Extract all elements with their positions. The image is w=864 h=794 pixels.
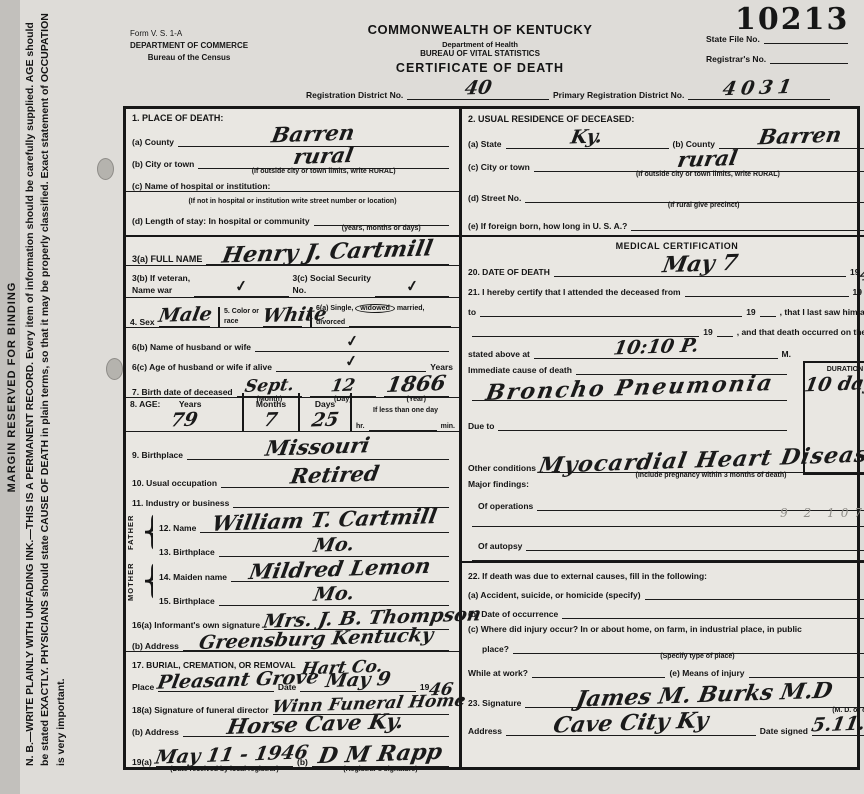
full-name-row: 3(a) FULL NAME Henry J. Cartmill: [126, 237, 459, 266]
mother-brace: {: [140, 557, 153, 606]
at-work-label: While at work?: [468, 668, 528, 678]
informant-address-row: (b) Address Greensburg Kentucky: [126, 630, 459, 652]
less-than-day-label: If less than one day: [356, 407, 455, 415]
accident-label: (a) Accident, suicide, or homicide (spec…: [468, 590, 641, 600]
county-value: Barren: [271, 124, 357, 145]
occurrence-date-row: (b) Date of occurrence: [462, 600, 864, 619]
marital-label: 6(a) Single, widowed married,: [316, 305, 455, 313]
margin-note-text: N. B.—WRITE PLAINLY WITH UNFADING INK.—T…: [23, 8, 69, 766]
registrar-no-line: [770, 63, 848, 64]
registrar-received-line: May 11 - 1946 (Date received by local re…: [156, 747, 293, 767]
duration-value: 10 days: [803, 375, 864, 394]
burial-place-value: Pleasant Grove: [156, 669, 320, 691]
form-right-column: 2. USUAL RESIDENCE OF DECEASED: (a) Stat…: [462, 109, 864, 767]
place-of-death-title: 1. PLACE OF DEATH:: [132, 113, 223, 124]
registrar-received-label: 19(a): [132, 757, 152, 767]
reg-district-line: 40: [407, 80, 549, 100]
registrar-signature-line: D M Rapp (Registrar's signature): [312, 745, 449, 767]
date-signed-label: Date signed: [760, 726, 808, 736]
street-no-label: (d) Street No.: [468, 193, 521, 203]
certify-line3-text: , and that death occurred on the date: [737, 327, 864, 337]
full-name-value: Henry J. Cartmill: [221, 239, 434, 265]
foreign-born-line: [631, 230, 864, 231]
veteran-label: 3(b) If veteran,Name war: [132, 272, 190, 298]
form-number: Form V. S. 1-A: [130, 28, 248, 40]
immediate-cause-label: Immediate cause of death: [468, 365, 572, 375]
injury-place-label: place?: [482, 644, 509, 654]
physician-signature-line: James M. Burks M.D (M. D. or other): [525, 686, 864, 708]
age-months-label: Months: [256, 399, 286, 409]
certify-line1-year: 19: [853, 287, 862, 297]
physician-address-value: Cave City Ky: [552, 711, 710, 735]
informant-label: 16(a) Informant's own signature: [132, 620, 260, 630]
burial-place-line: Pleasant Grove: [158, 672, 274, 692]
ssn-label: 3(c) Social SecurityNo.: [293, 272, 371, 298]
age-years-label: Years: [179, 399, 202, 409]
veteran-ssn-row: 3(b) If veteran,Name war ✓ 3(c) Social S…: [126, 266, 459, 298]
margin-binding-text: MARGIN RESERVED FOR BINDING: [6, 8, 19, 766]
certify-line2-text: , that I last saw him alive a: [780, 307, 864, 317]
full-name-line: Henry J. Cartmill: [206, 243, 449, 265]
funeral-address-value: Horse Cave Ky.: [226, 712, 405, 736]
mother-side-label: MOTHER: [126, 557, 140, 606]
operations-extra-line-row: [462, 511, 864, 527]
reg-district-label: Registration District No.: [306, 90, 403, 100]
certify-line1: 21. I hereby certify that I attended the…: [468, 287, 681, 297]
father-name-line: William T. Cartmill: [200, 511, 449, 533]
spouse-age-line: ✓: [276, 352, 426, 372]
informant-address-label: (b) Address: [132, 641, 179, 651]
burial-place-date-row: Place Pleasant Grove Date May 9 19 46: [126, 670, 459, 692]
header-title-block: COMMONWEALTH OF KENTUCKY Department of H…: [330, 22, 630, 76]
registrar-signature-value: D M Rapp: [317, 743, 444, 766]
state-file-label: State File No.: [706, 34, 760, 44]
death-certificate-scan: MARGIN RESERVED FOR BINDING N. B.—WRITE …: [0, 0, 864, 794]
registrar-received-value: May 11 - 1946: [154, 744, 309, 765]
autopsy-extra-line-row: [462, 551, 864, 563]
age-years-value: 79: [169, 412, 198, 429]
funeral-address-label: (b) Address: [132, 727, 179, 737]
residence-county-line: Barren: [719, 127, 864, 149]
hr-label: hr.: [356, 423, 365, 431]
mother-birthplace-row: 15. Birthplace Mo.: [153, 582, 459, 606]
physician-signature-value: James M. Burks M.D: [574, 682, 833, 710]
veteran-line: ✓: [194, 277, 288, 297]
birth-year-value: 1866: [385, 374, 447, 394]
father-side-label: FATHER: [126, 508, 140, 557]
primary-district-line: 4031: [688, 80, 830, 100]
birth-month-value: Sept.: [244, 378, 296, 394]
stated-above-label: stated above at: [468, 349, 530, 359]
race-line: White: [263, 307, 302, 327]
father-name-label: 12. Name: [159, 523, 196, 533]
birthplace-label: 9. Birthplace: [132, 450, 183, 460]
date-signed-value: 5.11.46: [810, 715, 864, 734]
street-note: (If not in hospital or institution write…: [188, 198, 396, 206]
time-of-death-line: 10:10 P.: [534, 339, 778, 359]
due-to-label: Due to: [468, 421, 494, 431]
binding-margin: MARGIN RESERVED FOR BINDING N. B.—WRITE …: [6, 8, 118, 766]
state-file-row: State File No.: [700, 34, 858, 44]
veteran-checkmark: ✓: [234, 276, 249, 296]
duration-box: DURATION 10 days: [803, 361, 864, 475]
city-value: rural: [292, 146, 355, 166]
birth-year-line: 1866 (Year): [384, 375, 449, 397]
registration-district-row: Registration District No. 40 Primary Reg…: [300, 76, 840, 100]
foreign-born-label: (e) If foreign born, how long in U. S. A…: [468, 221, 627, 231]
occupation-value: Retired: [289, 464, 380, 485]
certify-paragraph: 21. I hereby certify that I attended the…: [462, 277, 864, 359]
meridiem-label: M.: [782, 349, 791, 359]
spouse-age-row: 6(c) Age of husband or wife if alive ✓ Y…: [126, 352, 459, 372]
primary-district-value: 4031: [721, 79, 797, 98]
spouse-name-row: 6(b) Name of husband or wife ✓: [126, 328, 459, 352]
burial-place-label: Place: [132, 682, 154, 692]
sex-value: Male: [157, 306, 213, 324]
sex-label: 4. Sex: [130, 317, 155, 327]
spouse-age-label: 6(c) Age of husband or wife if alive: [132, 362, 272, 372]
certificate-title: CERTIFICATE OF DEATH: [330, 61, 630, 76]
father-name-row: 12. Name William T. Cartmill: [153, 508, 459, 533]
injury-where-label: (c) Where did injury occur? In or about …: [468, 624, 802, 634]
funeral-address-row: (b) Address Horse Cave Ky.: [126, 715, 459, 737]
mother-birthplace-line: Mo.: [219, 586, 449, 606]
informant-address-line: Greensburg Kentucky: [183, 631, 449, 651]
occupation-row: 10. Usual occupation Retired: [126, 460, 459, 488]
marital-circled-widowed: widowed: [355, 304, 395, 313]
age-label: 8. AGE:: [130, 399, 160, 409]
residence-state-label: (a) State: [468, 139, 502, 149]
registrar-no-row: Registrar's No.: [700, 54, 858, 64]
mother-birthplace-value: Mo.: [312, 585, 355, 603]
residence-state-line: Ky.: [506, 129, 669, 149]
age-months-value: 7: [263, 412, 279, 429]
state-file-line: [764, 43, 848, 44]
residence-title: 2. USUAL RESIDENCE OF DECEASED:: [468, 114, 634, 125]
stamped-file-number: 10213: [735, 2, 849, 37]
bureau-vital-stats: BUREAU OF VITAL STATISTICS: [330, 49, 630, 59]
min-label: min.: [441, 423, 455, 431]
spouse-name-line: ✓: [255, 332, 449, 352]
mother-birthplace-label: 15. Birthplace: [159, 596, 215, 606]
registrar-signature-caption: (Registrar's signature): [312, 766, 449, 773]
occupation-label: 10. Usual occupation: [132, 478, 217, 488]
external-causes-title: 22. If death was due to external causes,…: [468, 571, 707, 581]
residence-city-line: rural (If outside city or town limits, w…: [534, 150, 864, 172]
primary-district-label: Primary Registration District No.: [553, 90, 684, 100]
marital-line: [349, 326, 451, 327]
residence-county-value: Barren: [758, 126, 844, 147]
burial-date-value: May 9: [324, 671, 392, 689]
occupation-line: Retired: [221, 466, 449, 488]
burial-date-line: May 9: [300, 672, 416, 692]
section-usual-residence: 2. USUAL RESIDENCE OF DECEASED: (a) Stat…: [462, 109, 864, 237]
dept-health: Department of Health: [330, 40, 630, 49]
birthplace-row: 9. Birthplace Missouri: [126, 432, 459, 460]
date-of-death-label: 20. DATE OF DEATH: [468, 267, 550, 277]
funeral-address-line: Horse Cave Ky.: [183, 715, 449, 737]
physician-signature-label: 23. Signature: [468, 698, 521, 708]
time-of-death-value: 10:10 P.: [612, 338, 700, 357]
city-label: (b) City or town: [132, 159, 194, 169]
bureau-census: Bureau of the Census: [130, 52, 248, 64]
operations-label: Of operations: [478, 501, 533, 511]
mother-name-row: 14. Maiden name Mildred Lemon: [153, 557, 459, 582]
age-days-label: Days: [315, 399, 335, 409]
at-work-row: While at work? (e) Means of injury: [462, 654, 864, 678]
certify-line2-year: 19: [746, 307, 755, 317]
due-to-row: Due to: [462, 401, 797, 431]
spouse-name-label: 6(b) Name of husband or wife: [132, 342, 251, 352]
hr-line: [369, 430, 437, 431]
father-birthplace-label: 13. Birthplace: [159, 547, 215, 557]
mother-name-line: Mildred Lemon: [231, 560, 449, 582]
city-line: rural (If outside city or town limits, w…: [198, 147, 449, 169]
immediate-cause-line: Broncho Pneumonia: [472, 379, 787, 401]
ssn-checkmark: ✓: [404, 276, 419, 296]
birthplace-value: Missouri: [264, 436, 371, 457]
burial-section: 17. BURIAL, CREMATION, OR REMOVAL Hart C…: [126, 652, 459, 692]
hospital-label: (c) Name of hospital or institution:: [132, 181, 270, 191]
mother-name-label: 14. Maiden name: [159, 572, 227, 582]
county-label: (a) County: [132, 137, 174, 147]
sex-line: Male: [159, 307, 210, 327]
section-place-of-death: 1. PLACE OF DEATH: (a) County Barren (b)…: [126, 109, 459, 237]
certificate-form: 1. PLACE OF DEATH: (a) County Barren (b)…: [123, 106, 860, 770]
ssn-line: ✓: [375, 277, 449, 297]
mother-name-value: Mildred Lemon: [248, 557, 432, 581]
certify-line3-year: 19: [703, 327, 712, 337]
other-conditions-label: Other conditions: [468, 463, 536, 473]
length-of-stay-label: (d) Length of stay: In hospital or commu…: [132, 216, 310, 226]
industry-label: 11. Industry or business: [132, 498, 229, 508]
birthplace-line: Missouri: [187, 438, 449, 460]
full-name-label: 3(a) FULL NAME: [132, 254, 202, 265]
immediate-cause-value: Broncho Pneumonia: [484, 374, 775, 403]
registrar-received-caption: (Date received by local registrar): [156, 766, 293, 773]
injury-place-row: place? (Specify type of place): [462, 634, 864, 654]
autopsy-extra-line: [472, 560, 864, 561]
certify-line2-to: to: [468, 307, 476, 317]
dod-year-prefix: 19: [850, 267, 859, 277]
physician-address-label: Address: [468, 726, 502, 736]
length-of-stay-line: (years, months or days): [314, 225, 449, 226]
spouse-checkmark: ✓: [345, 331, 360, 351]
occurrence-date-label: (b) Date of occurrence: [468, 609, 558, 619]
father-brace: {: [140, 508, 153, 557]
autopsy-label: Of autopsy: [478, 541, 522, 551]
means-of-injury-label: (e) Means of injury: [669, 668, 744, 678]
date-signed-line: 5.11.46: [812, 716, 864, 736]
dept-commerce: DEPARTMENT OF COMMERCE: [130, 40, 248, 52]
operations-row: Of operations 9 2 107: [462, 489, 864, 511]
date-of-death-line: May 7: [554, 255, 846, 277]
registrar-no-label: Registrar's No.: [706, 54, 766, 64]
father-birthplace-value: Mo.: [312, 536, 355, 554]
autopsy-row: Of autopsy: [462, 527, 864, 551]
residence-city-value: rural: [677, 149, 740, 169]
reg-district-value: 40: [463, 80, 492, 97]
length-of-stay-caption: (years, months or days): [314, 225, 449, 232]
parents-block: FATHER MOTHER { { 12. Name William T. Ca…: [126, 508, 459, 606]
physician-address-row: Address Cave City Ky Date signed 5.11.46: [462, 708, 864, 736]
major-findings-title: Major findings:: [468, 479, 529, 489]
accident-row: (a) Accident, suicide, or homicide (spec…: [462, 581, 864, 600]
physician-address-line: Cave City Ky: [506, 714, 756, 736]
race-label: 5. Color orrace: [224, 307, 259, 327]
major-findings-title-row: Major findings:: [462, 473, 864, 489]
physician-signature-row: 23. Signature James M. Burks M.D (M. D. …: [462, 678, 864, 708]
commonwealth-title: COMMONWEALTH OF KENTUCKY: [330, 22, 630, 38]
date-of-death-row: 20. DATE OF DEATH May 7 19 46: [462, 253, 864, 277]
residence-state-value: Ky.: [570, 128, 604, 145]
father-name-value: William T. Cartmill: [211, 507, 439, 533]
spouse-age-checkmark: ✓: [344, 351, 359, 371]
registrar-row: 19(a) May 11 - 1946 (Date received by lo…: [126, 737, 459, 767]
sex-race-marital-row: 4. Sex Male 5. Color orrace White 6(a) S…: [126, 298, 459, 328]
header-agency: Form V. S. 1-A DEPARTMENT OF COMMERCE Bu…: [130, 28, 248, 64]
age-row: 8. AGE: Years 79 Months 7 Days 25 If les…: [126, 398, 459, 432]
age-days-value: 25: [310, 412, 339, 429]
form-left-column: 1. PLACE OF DEATH: (a) County Barren (b)…: [126, 109, 462, 767]
race-value: White: [261, 306, 328, 324]
residence-city-label: (c) City or town: [468, 162, 530, 172]
date-of-death-value: May 7: [661, 254, 739, 275]
birth-day-value: 12: [330, 379, 356, 394]
informant-address-value: Greensburg Kentucky: [198, 627, 435, 651]
